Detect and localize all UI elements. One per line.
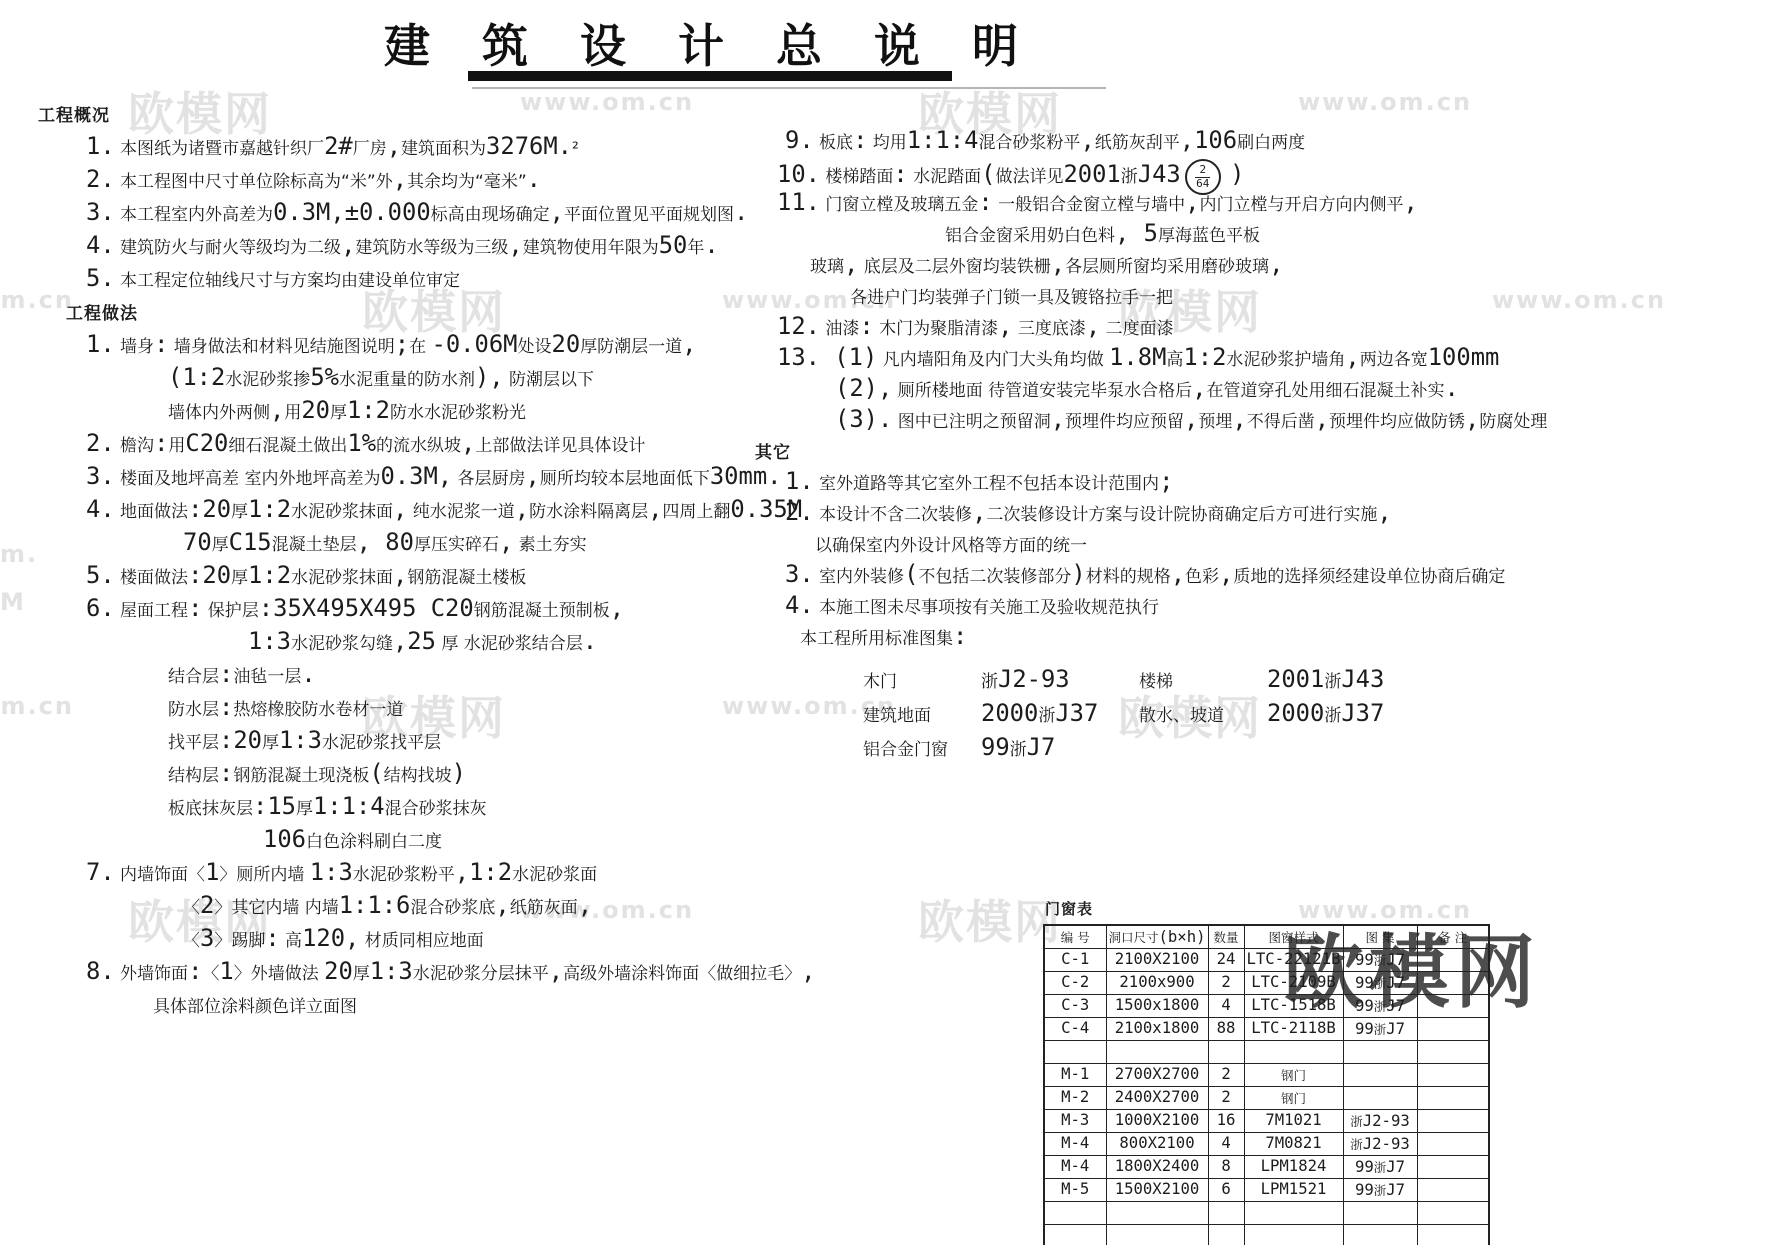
table-header-cell: 洞口尺寸(b×h) [1106,925,1208,949]
table-cell: 99浙J7 [1343,1156,1417,1179]
table-row [1044,1202,1489,1225]
table-header-row: 编 号洞口尺寸(b×h)数量图窗样式图 集备 注 [1044,925,1489,949]
table-cell: M-4 [1044,1133,1106,1156]
table-cell [1244,1202,1343,1225]
table-header-cell: 编 号 [1044,925,1106,949]
table-row: C-22100x9002LTC-2109B99浙J7 [1044,972,1489,995]
note-line: 各进户门均装弹子门锁一具及镀铬拉手一把 [755,283,1475,314]
table-cell [1417,995,1489,1018]
table-cell: 2100x1800 [1106,1018,1208,1041]
note-line: 7. 内墙饰面〈1〉厕所内墙 1:3水泥砂浆粉平,1:2水泥砂浆面 [38,859,750,892]
note-line: 结构层:钢筋混凝土现浇板(结构找坡) [38,760,750,793]
standard-atlas-entry: 散水、坡道 [1139,701,1267,726]
table-cell [1343,1064,1417,1087]
note-line: 5. 楼面做法:20厚1:2水泥砂浆抹面,钢筋混凝土楼板 [38,562,750,595]
table-row: M-22400X27002钢门 [1044,1087,1489,1110]
note-line: 铝合金窗采用奶白色料, 5厚海蓝色平板 [755,221,1475,252]
standard-atlas-entry: 铝合金门窗 [863,735,981,760]
table-row: M-4800X210047M0821浙J2-93 [1044,1133,1489,1156]
table-cell: 1500x1800 [1106,995,1208,1018]
note-line: 〈3〉踢脚: 高120, 材质同相应地面 [38,925,750,958]
note-line: 12. 油漆: 木门为聚脂清漆, 三度底漆, 二度面漆 [755,314,1475,345]
table-cell: C-4 [1044,1018,1106,1041]
construction-notes-sheet: 欧模网www.om.cn欧模网www.om.cnom.cn欧模网www.om.c… [0,0,1786,1245]
table-header-cell: 图 集 [1343,925,1417,949]
table-cell: M-2 [1044,1087,1106,1110]
table-cell [1044,1225,1106,1245]
table-cell: LTC-1518B [1244,995,1343,1018]
table-cell [1417,1133,1489,1156]
standard-atlas-entry [1139,735,1267,760]
table-cell: 4 [1208,1133,1244,1156]
table-row: M-41800X24008LPM182499浙J7 [1044,1156,1489,1179]
note-line: 9. 板底: 均用1:1:4混合砂浆粉平,纸筋灰刮平,106刷白两度 [755,128,1475,159]
table-cell: 1500X2100 [1106,1179,1208,1202]
table-cell: 99浙J7 [1343,1179,1417,1202]
note-line: 13. (1) 凡内墙阳角及内门大头角均做 1.8M高1:2水泥砂浆护墙角,两边… [755,345,1475,376]
table-cell: 99浙J7 [1343,972,1417,995]
table-cell [1417,972,1489,995]
standard-atlas-entry: 楼梯 [1139,667,1267,692]
table-cell [1343,1225,1417,1245]
table-cell [1417,1179,1489,1202]
table-cell [1244,1041,1343,1064]
table-cell: 4 [1208,995,1244,1018]
table-cell: M-4 [1044,1156,1106,1179]
sheet-title: 建 筑 设 计 总 说 明 [0,10,1420,76]
table-cell [1417,949,1489,972]
note-line: 70厚C15混凝土垫层, 80厚压实碎石, 素土夯实 [38,529,750,562]
table-header-cell: 数量 [1208,925,1244,949]
table-cell: 2400X2700 [1106,1087,1208,1110]
table-cell: M-5 [1044,1179,1106,1202]
table-cell: 24 [1208,949,1244,972]
table-header-cell: 图窗样式 [1244,925,1343,949]
note-line: 墙体内外两侧,用20厚1:2防水水泥砂浆粉光 [38,397,750,430]
table-cell: M-3 [1044,1110,1106,1133]
right-column-lines: 9. 板底: 均用1:1:4混合砂浆粉平,纸筋灰刮平,106刷白两度10. 楼梯… [755,128,1475,655]
watermark-text: m. [0,540,38,568]
table-cell: 2 [1208,1087,1244,1110]
note-line: 本工程所用标准图集: [755,624,1475,655]
section-heading: 其它 [755,438,1475,469]
table-row [1044,1225,1489,1245]
door-window-table-label: 门窗表 [1045,898,1093,919]
note-line: 4. 地面做法:20厚1:2水泥砂浆抹面, 纯水泥浆一道,防水涂料隔离层,四周上… [38,496,750,529]
standard-atlas-entry: 木门 [863,667,981,692]
table-cell: LTC-2118B [1244,1018,1343,1041]
note-line: 以确保室内外设计风格等方面的统一 [755,531,1475,562]
note-line: 1. 本图纸为诸暨市嘉越针织厂2#厂房,建筑面积为3276M.² [38,133,750,166]
table-cell: C-2 [1044,972,1106,995]
watermark-text: www.om.cn [1492,286,1666,314]
table-cell [1417,1064,1489,1087]
note-line: 11. 门窗立樘及玻璃五金: 一般铝合金窗立樘与墙中,内门立樘与开启方向内侧平, [755,190,1475,221]
table-row: M-12700X27002钢门 [1044,1064,1489,1087]
note-line: 具体部位涂料颜色详立面图 [38,991,750,1024]
table-cell: 1000X2100 [1106,1110,1208,1133]
note-line: (1:2水泥砂浆掺5%水泥重量的防水剂), 防潮层以下 [38,364,750,397]
table-cell [1417,1225,1489,1245]
section-heading: 工程做法 [38,298,750,331]
table-cell: 7M0821 [1244,1133,1343,1156]
table-cell: 2100X2100 [1106,949,1208,972]
table-cell: LPM1824 [1244,1156,1343,1179]
table-cell: C-1 [1044,949,1106,972]
table-cell [1343,1202,1417,1225]
note-line: 防水层:热熔橡胶防水卷材一道 [38,694,750,727]
table-cell: 88 [1208,1018,1244,1041]
table-row: C-42100x180088LTC-2118B99浙J7 [1044,1018,1489,1041]
note-line: 1. 墙身: 墙身做法和材料见结施图说明;在 -0.06M处设20厚防潮层一道, [38,331,750,364]
note-line: 8. 外墙饰面:〈1〉外墙做法 20厚1:3水泥砂浆分层抹平,高级外墙涂料饰面〈… [38,958,750,991]
door-window-table: 编 号洞口尺寸(b×h)数量图窗样式图 集备 注C-12100X210024LT… [1043,924,1490,1245]
table-cell [1417,1156,1489,1179]
watermark-text: www.om.cn [1298,88,1472,116]
watermark-text: 欧模网 [918,886,1062,952]
table-cell [1208,1041,1244,1064]
standard-atlas-entry: 建筑地面 [863,701,981,726]
note-line: 6. 屋面工程: 保护层:35X495X495 C20钢筋混凝土预制板, [38,595,750,628]
standard-atlas-entry: 2000浙J37 [1267,701,1447,726]
table-cell: 2700X2700 [1106,1064,1208,1087]
table-row: M-31000X2100167M1021浙J2-93 [1044,1110,1489,1133]
title-underline-thin [472,87,1106,89]
note-line: 5. 本工程定位轴线尺寸与方案均由建设单位审定 [38,265,750,298]
table-cell: 800X2100 [1106,1133,1208,1156]
standard-atlas-entry: 99浙J7 [981,735,1139,760]
table-row: M-51500X21006LPM152199浙J7 [1044,1179,1489,1202]
table-cell: 2 [1208,1064,1244,1087]
note-line: 10. 楼梯踏面: 水泥踏面(做法详见2001浙J43264 ) [755,159,1475,190]
table-cell: LPM1521 [1244,1179,1343,1202]
table-cell: 浙J2-93 [1343,1110,1417,1133]
note-line: (2), 厕所楼地面 待管道安装完毕泵水合格后,在管道穿孔处用细石混凝土补实. [755,376,1475,407]
title-underline-bar [468,71,952,81]
table-cell [1244,1225,1343,1245]
note-line: (3). 图中已注明之预留洞,预埋件均应预留,预埋,不得后凿,预埋件均应做防锈,… [755,407,1475,438]
table-cell: 99浙J7 [1343,995,1417,1018]
note-line: 4. 本施工图未尽事项按有关施工及验收规范执行 [755,593,1475,624]
table-cell [1417,1110,1489,1133]
note-line: 2. 本工程图中尺寸单位除标高为“米”外,其余均为“毫米”. [38,166,750,199]
note-line: 结合层:油毡一层. [38,661,750,694]
note-line: 找平层:20厚1:3水泥砂浆找平层 [38,727,750,760]
standard-atlas-entry: 2000浙J37 [981,701,1139,726]
notes-right-column: 9. 板底: 均用1:1:4混合砂浆粉平,纸筋灰刮平,106刷白两度10. 楼梯… [755,128,1475,760]
table-cell: 8 [1208,1156,1244,1179]
note-line: 〈2〉其它内墙 内墙1:1:6混合砂浆底,纸筋灰面, [38,892,750,925]
note-line: 4. 建筑防火与耐火等级均为二级,建筑防水等级为三级,建筑物使用年限为50年. [38,232,750,265]
table-cell [1106,1225,1208,1245]
table-cell: 6 [1208,1179,1244,1202]
note-line: 1:3水泥砂浆勾缝,25 厚 水泥砂浆结合层. [38,628,750,661]
table-cell [1044,1202,1106,1225]
standard-atlas-list: 木门浙J2-93楼梯2001浙J43建筑地面2000浙J37散水、坡道2000浙… [863,667,1475,760]
watermark-text: M [0,588,26,616]
note-line: 106白色涂料刷白二度 [38,826,750,859]
table-cell [1106,1041,1208,1064]
standard-atlas-entry: 2001浙J43 [1267,667,1447,692]
note-line: 玻璃, 底层及二层外窗均装铁栅,各层厕所窗均采用磨砂玻璃, [755,252,1475,283]
table-cell: 99浙J7 [1343,1018,1417,1041]
table-cell [1208,1202,1244,1225]
table-header-cell: 备 注 [1417,925,1489,949]
table-cell: 7M1021 [1244,1110,1343,1133]
table-cell [1106,1202,1208,1225]
table-cell: LTC-22121B [1244,949,1343,972]
table-cell [1417,1202,1489,1225]
table-row: C-31500x18004LTC-1518B99浙J7 [1044,995,1489,1018]
table-cell [1044,1041,1106,1064]
section-heading: 工程概况 [38,100,750,133]
table-cell: C-3 [1044,995,1106,1018]
table-cell: 2100x900 [1106,972,1208,995]
note-line: 板底抹灰层:15厚1:1:4混合砂浆抹灰 [38,793,750,826]
table-cell: LTC-2109B [1244,972,1343,995]
table-cell: 钢门 [1244,1087,1343,1110]
table-row [1044,1041,1489,1064]
note-line: 1. 室外道路等其它室外工程不包括本设计范围内; [755,469,1475,500]
table-row: C-12100X210024LTC-22121B99浙J7 [1044,949,1489,972]
table-cell: 2 [1208,972,1244,995]
table-cell: M-1 [1044,1064,1106,1087]
note-line: 2. 檐沟:用C20细石混凝土做出1%的流水纵坡,上部做法详见具体设计 [38,430,750,463]
table-cell: 浙J2-93 [1343,1133,1417,1156]
table-cell: 16 [1208,1110,1244,1133]
note-line: 3. 室内外装修(不包括二次装修部分)材料的规格,色彩,质地的选择须经建设单位协… [755,562,1475,593]
table-cell: 99浙J7 [1343,949,1417,972]
table-cell [1208,1225,1244,1245]
table-cell [1343,1041,1417,1064]
note-line: 3. 本工程室内外高差为0.3M,±0.000标高由现场确定,平面位置见平面规划… [38,199,750,232]
standard-atlas-entry: 浙J2-93 [981,667,1139,692]
table-cell: 钢门 [1244,1064,1343,1087]
table-cell [1417,1087,1489,1110]
note-line: 3. 楼面及地坪高差 室内外地坪高差为0.3M, 各层厨房,厕所均较本层地面低下… [38,463,750,496]
table-cell: 1800X2400 [1106,1156,1208,1179]
standard-atlas-entry [1267,735,1447,760]
table-cell [1343,1087,1417,1110]
table-cell [1417,1018,1489,1041]
note-line: 2. 本设计不含二次装修,二次装修设计方案与设计院协商确定后方可进行实施, [755,500,1475,531]
notes-left-column: 工程概况1. 本图纸为诸暨市嘉越针织厂2#厂房,建筑面积为3276M.²2. 本… [38,100,750,1024]
table-cell [1417,1041,1489,1064]
